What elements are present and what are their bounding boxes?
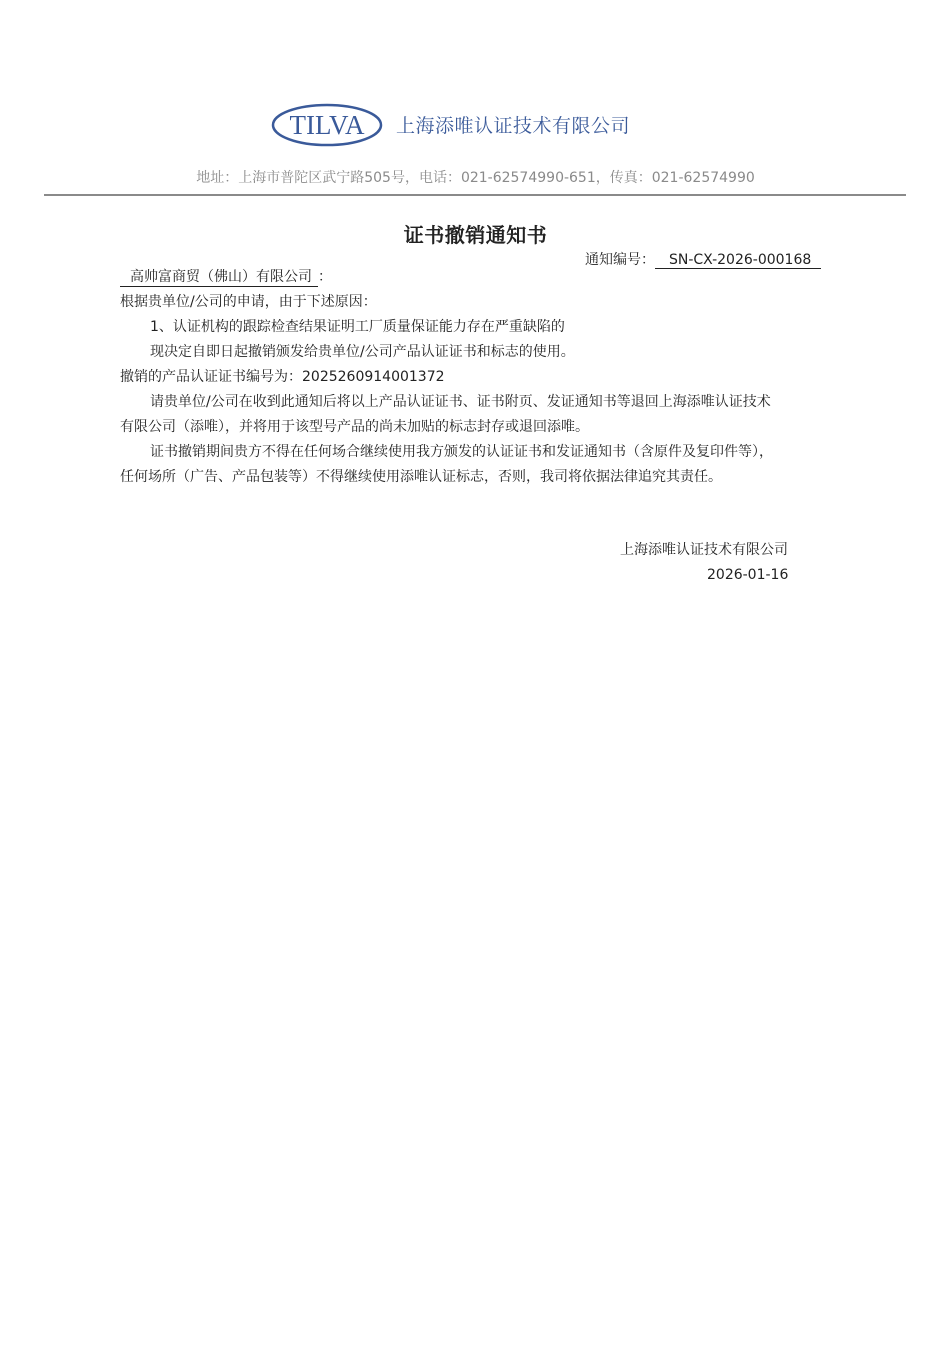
signature-block: 上海添唯认证技术有限公司 2026-01-16: [620, 538, 788, 588]
address-line: 地址：上海市普陀区武宁路505号，电话：021-62574990-651，传真：…: [0, 167, 951, 187]
issuer-name: 上海添唯认证技术有限公司: [620, 538, 788, 563]
paragraph-certificate-number: 撤销的产品认证证书编号为：2025260914001372: [120, 365, 830, 390]
paragraph-return-request-1: 请贵单位/公司在收到此通知后将以上产品认证证书、证书附页、发证通知书等退回上海添…: [120, 390, 830, 415]
paragraph-return-request-2: 有限公司（添唯），并将用于该型号产品的尚未加贴的标志封存或退回添唯。: [120, 415, 830, 440]
company-name: 上海添唯认证技术有限公司: [396, 111, 630, 138]
paragraph-intro: 根据贵单位/公司的申请，由于下述原因：: [120, 290, 830, 315]
paragraph-decision: 现决定自即日起撤销颁发给贵单位/公司产品认证证书和标志的使用。: [120, 340, 830, 365]
paragraph-prohibition-2: 任何场所（广告、产品包装等）不得继续使用添唯认证标志，否则，我司将依据法律追究其…: [120, 465, 830, 490]
addressee-line: 高帅富商贸（佛山）有限公司：: [120, 265, 830, 290]
addressee-suffix: ：: [318, 269, 332, 285]
page-title: 证书撤销通知书: [0, 219, 951, 248]
logo-text: TILVA: [289, 110, 365, 140]
addressee: 高帅富商贸（佛山）有限公司: [120, 269, 318, 287]
letterhead: TILVA 上海添唯认证技术有限公司: [0, 100, 951, 152]
paragraph-reason: 1、认证机构的跟踪检查结果证明工厂质量保证能力存在严重缺陷的: [120, 315, 830, 340]
header-divider: [44, 194, 906, 196]
letter-body: 高帅富商贸（佛山）有限公司： 根据贵单位/公司的申请，由于下述原因： 1、认证机…: [120, 265, 830, 490]
paragraph-prohibition-1: 证书撤销期间贵方不得在任何场合继续使用我方颁发的认证证书和发证通知书（含原件及复…: [120, 440, 830, 465]
tilva-logo-icon: TILVA: [271, 103, 383, 147]
issue-date: 2026-01-16: [620, 563, 788, 588]
